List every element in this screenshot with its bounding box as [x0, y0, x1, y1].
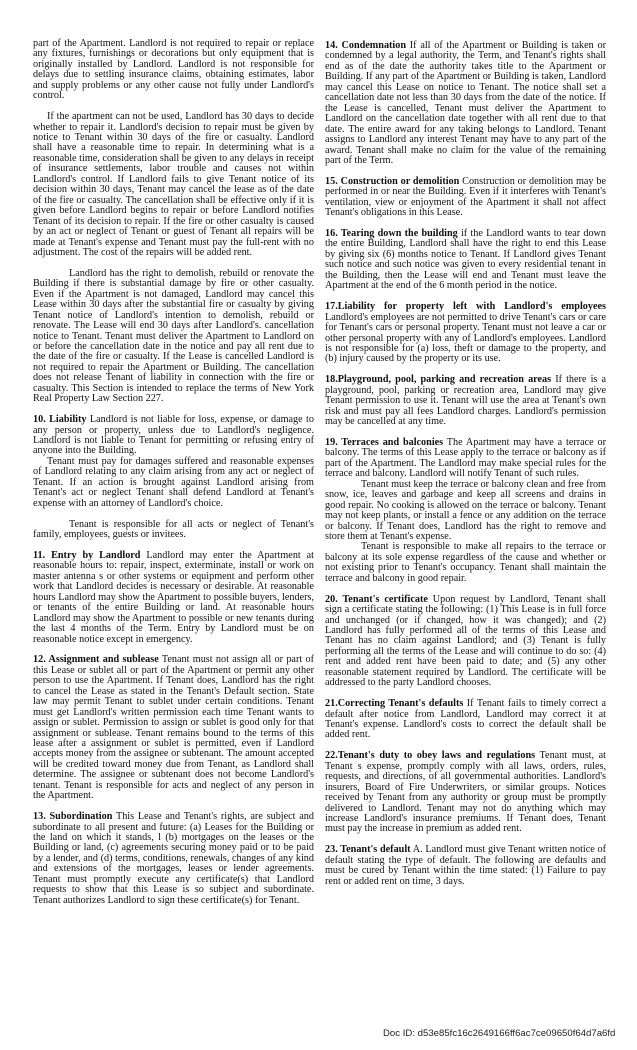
section-14-condemnation: 14. Condemnation If all of the Apartment…: [325, 41, 606, 166]
doc-id-footer: Doc ID: d53e85fc16c2649166ff6ac7ce09650f…: [383, 1028, 615, 1039]
section-heading: 16. Tearing down the building: [325, 228, 458, 239]
left-column: part of the Apartment. Landlord is not r…: [33, 39, 314, 917]
section-heading: 19. Terraces and balconies: [325, 437, 443, 448]
section-10-paragraph-2: Tenant must pay for damages suffered and…: [33, 457, 314, 509]
section-heading: 12. Assignment and sublease: [33, 654, 159, 665]
section-12-assignment: 12. Assignment and sublease Tenant must …: [33, 655, 314, 801]
section-heading: 14. Condemnation: [325, 40, 406, 51]
section-heading: 18.Playground, pool, parking and recreat…: [325, 374, 551, 385]
section-heading: 10. Liability: [33, 414, 87, 425]
section-15-construction: 15. Construction or demolition Construct…: [325, 177, 606, 219]
section-text: If all of the Apartment or Building is t…: [325, 40, 606, 166]
section-18-playground: 18.Playground, pool, parking and recreat…: [325, 375, 606, 427]
section-heading: 22.Tenant's duty to obey laws and regula…: [325, 750, 535, 761]
section-text: Tenant must, at Tenant s expense, prompt…: [325, 750, 606, 834]
section-21-correcting-defaults: 21.Correcting Tenant's defaults If Tenan…: [325, 699, 606, 741]
section-19-paragraph-2: Tenant must keep the terrace or balcony …: [325, 480, 606, 543]
section-23-tenant-default: 23. Tenant's default A. Landlord must gi…: [325, 845, 606, 887]
section-text: This Lease and Tenant's rights, are subj…: [33, 811, 314, 906]
section-text: Tenant must not assign all or part of th…: [33, 654, 314, 801]
paragraph-apartment-unusable: If the apartment can not be used, Landlo…: [33, 112, 314, 258]
section-16-tearing-down: 16. Tearing down the building if the Lan…: [325, 229, 606, 292]
section-text: Upon request by Landlord, Tenant shall s…: [325, 594, 606, 689]
section-10-liability: 10. Liability Landlord is not liable for…: [33, 415, 314, 457]
section-heading: 23. Tenant's default: [325, 844, 411, 855]
section-13-subordination: 13. Subordination This Lease and Tenant'…: [33, 812, 314, 906]
section-heading: 21.Correcting Tenant's defaults: [325, 698, 463, 709]
section-heading: 20. Tenant's certificate: [325, 594, 428, 605]
section-17-property-liability: 17.Liability for property left with Land…: [325, 302, 606, 365]
section-heading: 11. Entry by Landlord: [33, 550, 140, 561]
section-heading: 15. Construction or demolition: [325, 176, 459, 187]
section-22-obey-laws: 22.Tenant's duty to obey laws and regula…: [325, 751, 606, 835]
paragraph-repair-continuation: part of the Apartment. Landlord is not r…: [33, 39, 314, 102]
section-text: if the Landlord wants to tear down the e…: [325, 228, 606, 291]
document-page: part of the Apartment. Landlord is not r…: [0, 0, 637, 1050]
section-heading: 13. Subordination: [33, 811, 112, 822]
section-10-paragraph-3: Tenant is responsible for all acts or ne…: [33, 520, 314, 541]
section-20-certificate: 20. Tenant's certificate Upon request by…: [325, 595, 606, 689]
right-column: 14. Condemnation If all of the Apartment…: [325, 41, 606, 898]
section-19-terraces: 19. Terraces and balconies The Apartment…: [325, 438, 606, 480]
section-11-entry: 11. Entry by Landlord Landlord may enter…: [33, 551, 314, 645]
section-text: Landlord may enter the Apartment at reas…: [33, 550, 314, 645]
section-heading: 17.Liability for property left with Land…: [325, 301, 606, 312]
section-text: Landlord's employees are not permitted t…: [325, 312, 606, 365]
section-19-paragraph-3: Tenant is responsible to make all repair…: [325, 542, 606, 584]
paragraph-demolish-rebuild: Landlord has the right to demolish, rebu…: [33, 269, 314, 405]
